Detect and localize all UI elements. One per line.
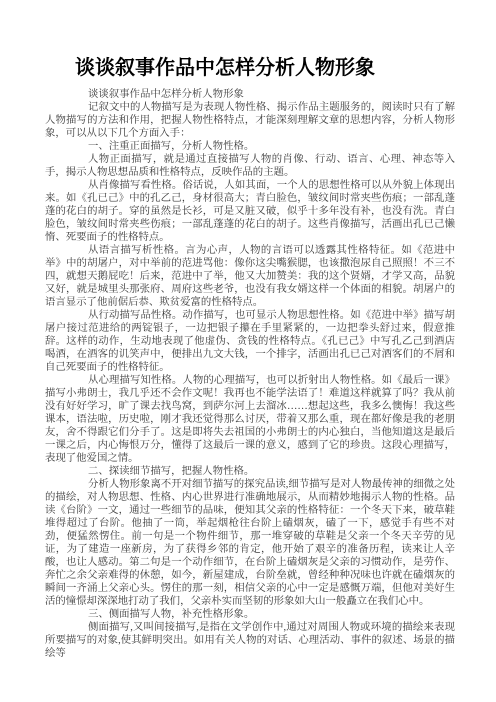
paragraph: 侧面描写,又叫间接描写,是指在文学创作中,通过对周围人物或环境的描绘来表现所要描…	[45, 621, 455, 660]
paragraph: 从心理描写知性格。人物的心理描写，也可以折射出人物性格。如《最后一课》描写小弗朗…	[45, 374, 455, 465]
paragraph: 从行动描写品性格。动作描写，也可显示人物思想性格。如《范进中举》描写胡屠户接过范…	[45, 309, 455, 374]
subtitle-line: 谈谈叙事作品中怎样分析人物形象	[45, 88, 455, 101]
document-page: 谈谈叙事作品中怎样分析人物形象 谈谈叙事作品中怎样分析人物形象记叙文中的人物描写…	[0, 0, 496, 702]
section-heading: 二、探读细节描写，把握人物性格。	[45, 465, 455, 478]
paragraph: 从语言描写析性格。言为心声，人物的言语可以透露其性格特征。如《范进中举》中的胡屠…	[45, 244, 455, 309]
paragraph: 分析人物形象离不开对细节描写的探究品读,细节描写是对人物最传神的细微之处的描绘，…	[45, 478, 455, 608]
document-body: 谈谈叙事作品中怎样分析人物形象记叙文中的人物描写是为表现人物性格、揭示作品主题服…	[45, 88, 455, 660]
paragraph: 从肖像描写看性格。俗话说，人如其面，一个人的思想性格可以从外貌上体现出来。如《孔…	[45, 179, 455, 244]
section-heading: 一、注重正面描写，分析人物性格。	[45, 140, 455, 153]
paragraph: 人物正面描写，就是通过直接描写人物的肖像、行动、语言、心理、神态等入手，揭示人物…	[45, 153, 455, 179]
section-heading: 三、侧面描写人物，补充性格形象。	[45, 608, 455, 621]
paragraph: 记叙文中的人物描写是为表现人物性格、揭示作品主题服务的，阅读时只有了解人物描写的…	[45, 101, 455, 140]
page-title: 谈谈叙事作品中怎样分析人物形象	[75, 56, 455, 81]
